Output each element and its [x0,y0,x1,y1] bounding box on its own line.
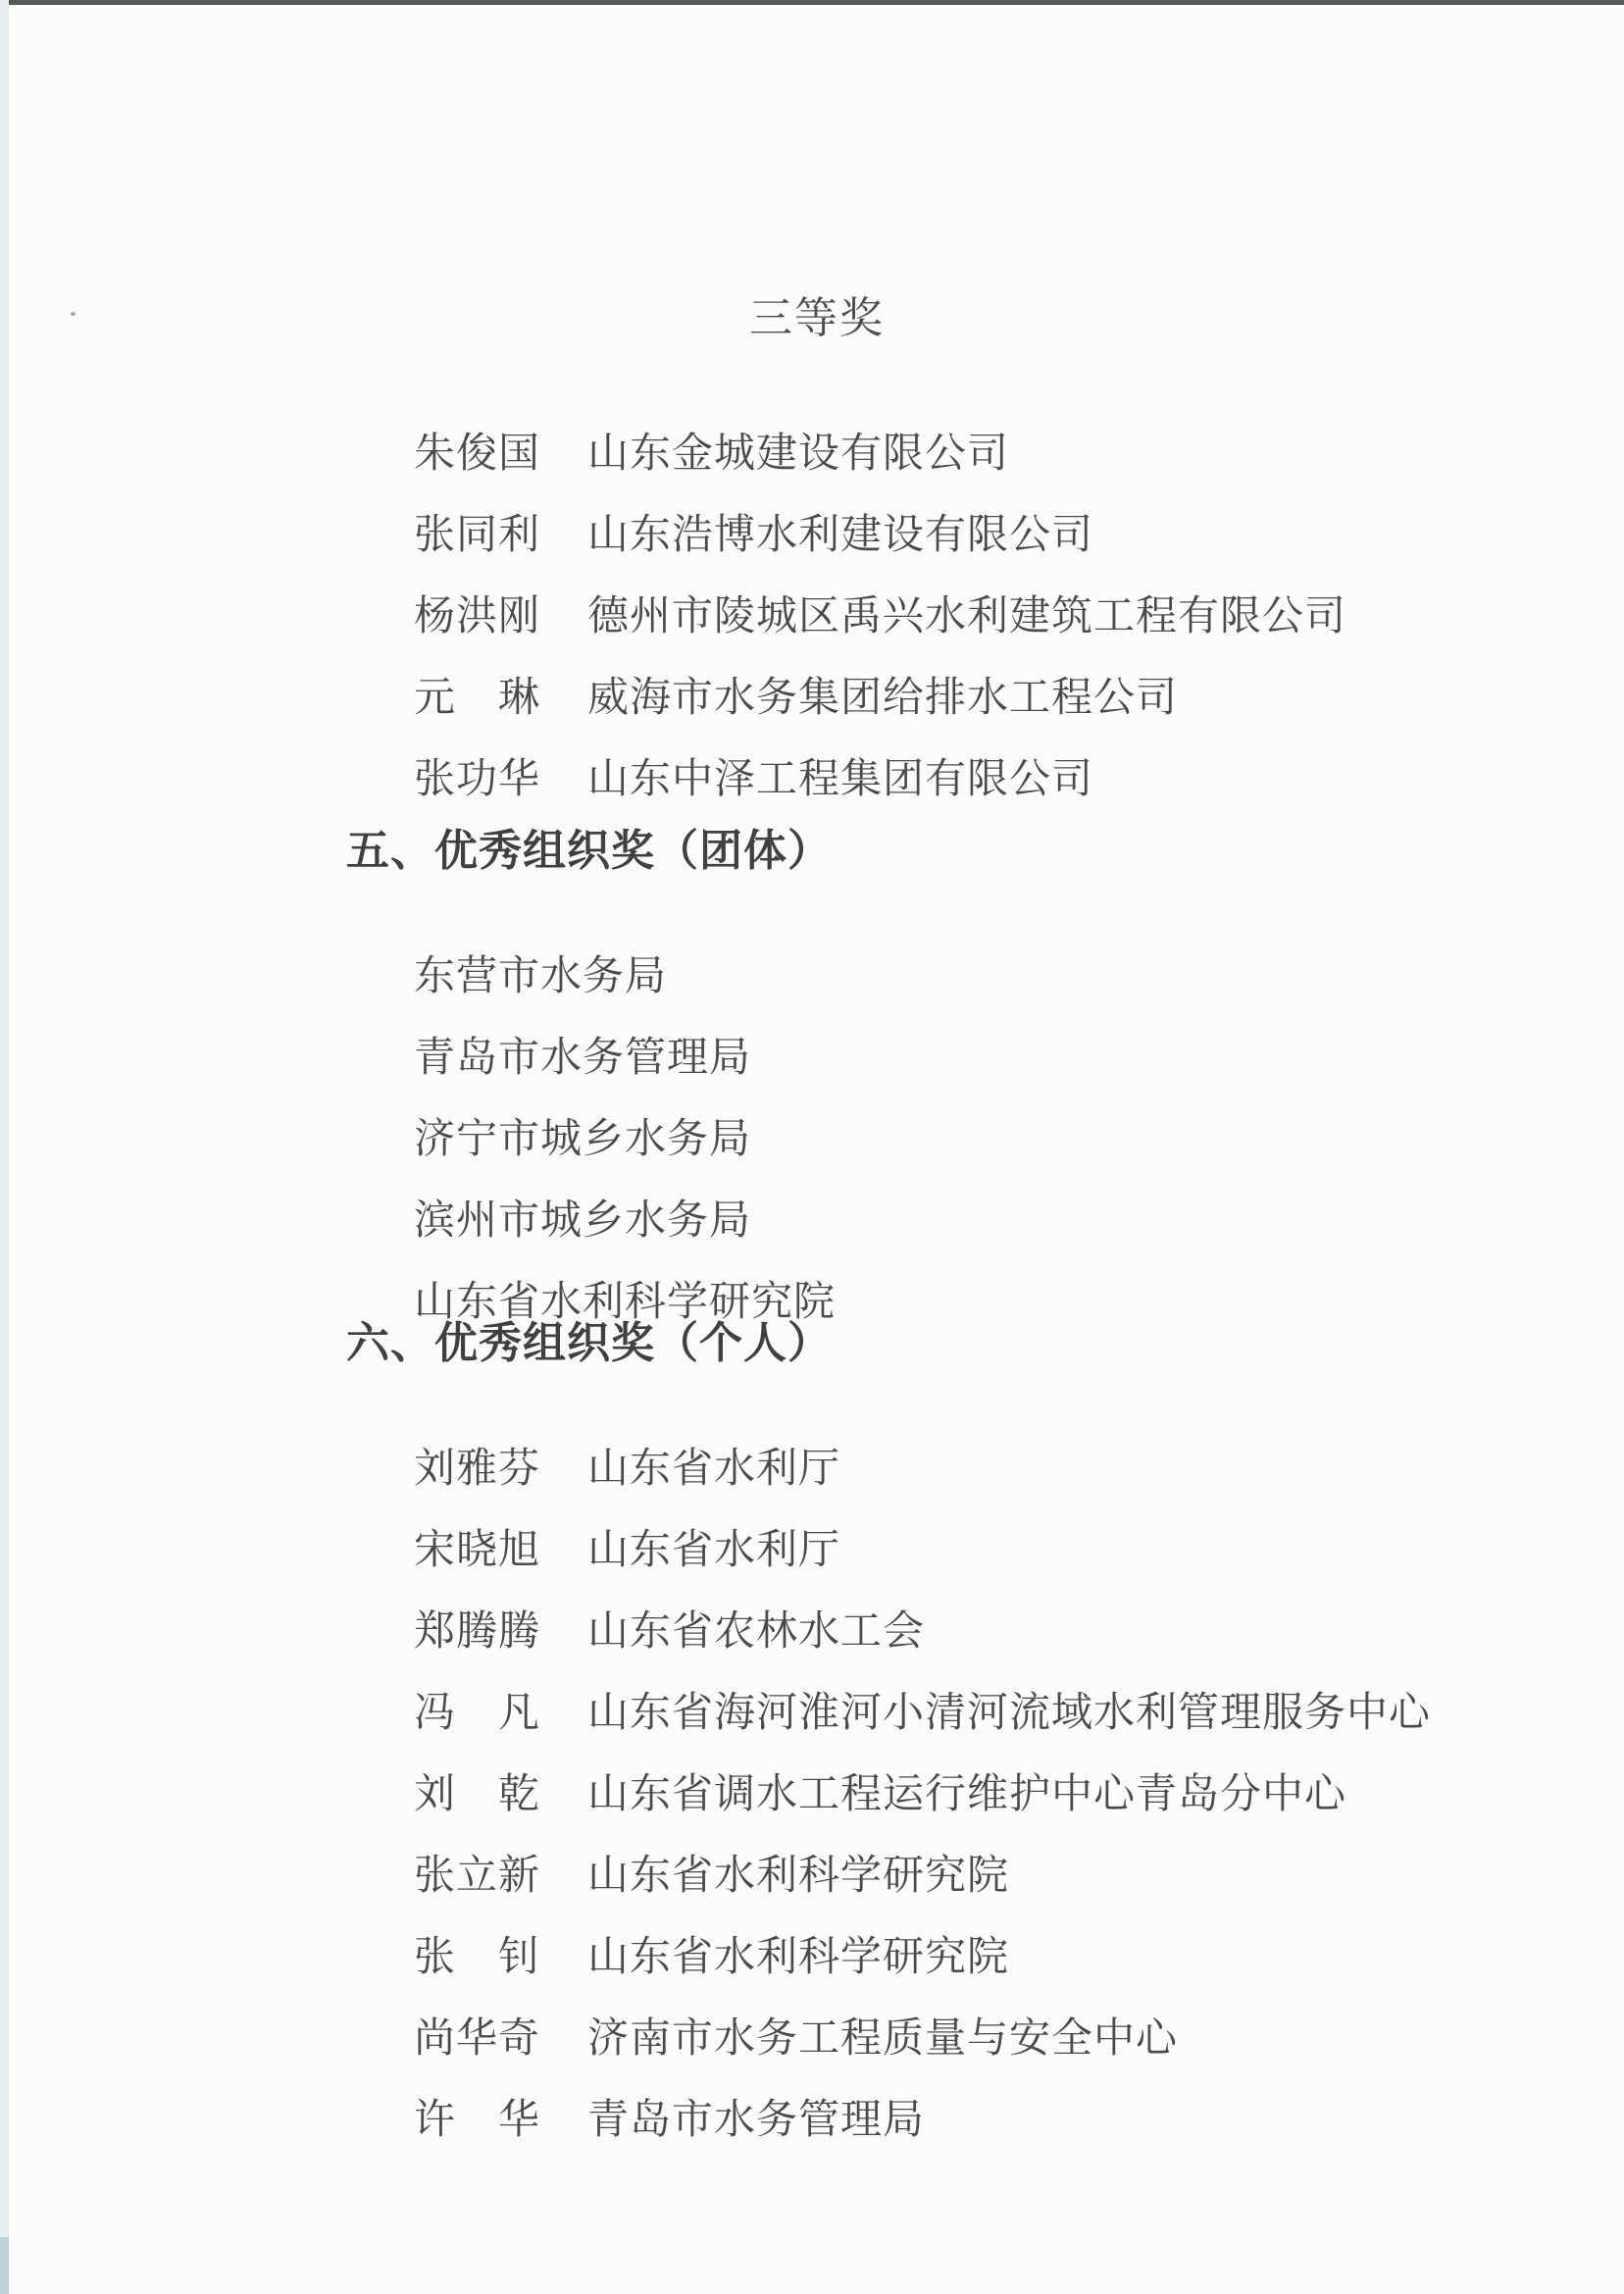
scanned-document-page: 三等奖 朱俊国山东金城建设有限公司 张同利山东浩博水利建设有限公司 杨洪刚德州市… [0,0,1624,2294]
awardee-name: 宋晓旭 [414,1529,543,1572]
organization-name: 滨州市城乡水务局 [414,1198,751,1244]
organization-name: 德州市陵城区禹兴水利建筑工程有限公司 [587,594,1346,639]
awardee-name: 刘雅芬 [414,1448,543,1491]
award-entry-row: 刘 乾山东省调水工程运行维护中心青岛分中心 [346,1730,1624,1811]
organization-name: 山东省农林水工会 [587,1609,925,1655]
award-entry-row: 宋晓旭山东省水利厅 [346,1486,1624,1567]
organization-name: 山东省水利厅 [587,1447,840,1492]
organization-name: 山东省海河淮河小清河流域水利管理服务中心 [587,1691,1431,1736]
award-entry-row: 郑腾腾山东省农林水工会 [346,1567,1624,1649]
organization-name: 山东浩博水利建设有限公司 [587,513,1093,558]
award-entry-row: 尚华奇济南市水务工程质量与安全中心 [346,1974,1624,2056]
award-entry-row: 元 琳威海市水务集团给排水工程公司 [346,634,1624,715]
organization-name: 济南市水务工程质量与安全中心 [587,2016,1178,2062]
awardee-name: 尚华奇 [414,2017,543,2061]
award-entry-row: 青岛市水务管理局 [346,994,1624,1075]
organization-name: 山东中泽工程集团有限公司 [587,757,1093,802]
awardee-name: 张同利 [414,514,543,557]
awardee-name: 张功华 [414,758,543,801]
awardee-name: 张 钊 [414,1936,543,1979]
awardee-name: 朱俊国 [414,433,543,476]
organization-name: 山东省水利科学研究院 [587,1935,1009,1980]
award-entry-row: 刘雅芬山东省水利厅 [346,1404,1624,1486]
award-entry-row: 杨洪刚德州市陵城区禹兴水利建筑工程有限公司 [346,552,1624,634]
awardee-name: 刘 乾 [414,1773,543,1816]
organization-name: 东营市水务局 [414,954,667,999]
award-entry-row: 东营市水务局 [346,912,1624,994]
organization-name: 济宁市城乡水务局 [414,1117,751,1162]
awardee-name: 冯 凡 [414,1692,543,1735]
document-body: 三等奖 朱俊国山东金城建设有限公司 张同利山东浩博水利建设有限公司 杨洪刚德州市… [346,297,1624,2137]
award-entry-row: 冯 凡山东省海河淮河小清河流域水利管理服务中心 [346,1649,1624,1730]
scan-edge-left-bottom [0,2237,9,2294]
organization-name: 山东省调水工程运行维护中心青岛分中心 [587,1772,1346,1817]
organization-name: 威海市水务集团给排水工程公司 [587,676,1178,721]
award-entry-row: 许 华青岛市水务管理局 [346,2056,1624,2137]
section-heading-individual-award: 六、优秀组织奖（个人） [346,1321,1624,1366]
scan-edge-left [0,0,9,2294]
awardee-name: 许 华 [414,2099,543,2142]
scan-speck [71,312,76,316]
award-entry-row: 山东省水利科学研究院 [346,1238,1624,1319]
award-entry-row: 张 钊山东省水利科学研究院 [346,1893,1624,1974]
awardee-name: 张立新 [414,1855,543,1898]
organization-name: 青岛市水务管理局 [414,1036,751,1081]
awardee-name: 元 琳 [414,677,543,720]
organization-name: 山东省水利厅 [587,1528,840,1573]
award-entry-row: 滨州市城乡水务局 [346,1156,1624,1238]
section-heading-group-award: 五、优秀组织奖（团体） [346,829,1624,874]
award-entry-row: 济宁市城乡水务局 [346,1075,1624,1156]
award-entry-row: 朱俊国山东金城建设有限公司 [346,389,1624,471]
organization-name: 山东省水利科学研究院 [587,1854,1009,1899]
awardee-name: 杨洪刚 [414,595,543,638]
award-entry-row: 张立新山东省水利科学研究院 [346,1811,1624,1893]
award-entry-row: 张功华山东中泽工程集团有限公司 [346,715,1624,796]
organization-name: 青岛市水务管理局 [587,2098,925,2143]
organization-name: 山东金城建设有限公司 [587,432,1009,477]
award-entry-row: 张同利山东浩博水利建设有限公司 [346,471,1624,552]
prize-level-heading: 三等奖 [346,297,1288,340]
scan-edge-top [6,0,1624,5]
awardee-name: 郑腾腾 [414,1610,543,1654]
